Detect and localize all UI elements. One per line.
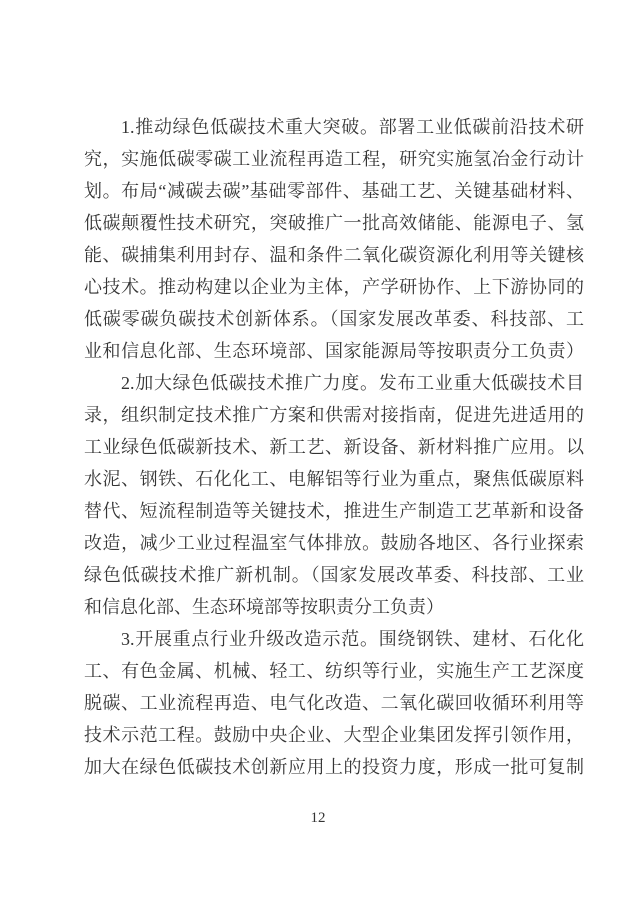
document-body: 1.推动绿色低碳技术重大突破。部署工业低碳前沿技术研究，实施低碳零碳工业流程再造… [84,111,584,783]
paragraph: 1.推动绿色低碳技术重大突破。部署工业低碳前沿技术研究，实施低碳零碳工业流程再造… [84,111,584,367]
text-line: 录，组织制定技术推广方案和供需对接指南，促进先进适用的 [84,399,584,431]
text-line: 心技术。推动构建以企业为主体，产学研协作、上下游协同的 [84,271,584,303]
text-line: 业和信息化部、生态环境部、国家能源局等按职责分工负责） [84,335,584,367]
text-line: 加大在绿色低碳技术创新应用上的投资力度，形成一批可复制 [84,751,584,783]
text-line: 替代、短流程制造等关键技术，推进生产制造工艺革新和设备 [84,495,584,527]
text-line: 工、有色金属、机械、轻工、纺织等行业，实施生产工艺深度 [84,655,584,687]
text-line: 1.推动绿色低碳技术重大突破。部署工业低碳前沿技术研 [84,111,584,143]
text-line: 和信息化部、生态环境部等按职责分工负责） [84,591,584,623]
text-line: 绿色低碳技术推广新机制。（国家发展改革委、科技部、工业 [84,559,584,591]
text-line: 脱碳、工业流程再造、电气化改造、二氧化碳回收循环利用等 [84,687,584,719]
paragraph: 3.开展重点行业升级改造示范。围绕钢铁、建材、石化化工、有色金属、机械、轻工、纺… [84,623,584,783]
text-line: 低碳零碳负碳技术创新体系。（国家发展改革委、科技部、工 [84,303,584,335]
text-line: 3.开展重点行业升级改造示范。围绕钢铁、建材、石化化 [84,623,584,655]
text-line: 改造，减少工业过程温室气体排放。鼓励各地区、各行业探索 [84,527,584,559]
text-line: 能、碳捕集利用封存、温和条件二氧化碳资源化利用等关键核 [84,239,584,271]
page-number: 12 [0,806,636,830]
text-line: 技术示范工程。鼓励中央企业、大型企业集团发挥引领作用， [84,719,584,751]
document-page: 1.推动绿色低碳技术重大突破。部署工业低碳前沿技术研究，实施低碳零碳工业流程再造… [0,0,640,905]
text-line: 划。布局“减碳去碳”基础零部件、基础工艺、关键基础材料、 [84,175,584,207]
text-line: 低碳颠覆性技术研究，突破推广一批高效储能、能源电子、氢 [84,207,584,239]
text-line: 水泥、钢铁、石化化工、电解铝等行业为重点，聚焦低碳原料 [84,463,584,495]
text-line: 2.加大绿色低碳技术推广力度。发布工业重大低碳技术目 [84,367,584,399]
text-line: 究，实施低碳零碳工业流程再造工程，研究实施氢冶金行动计 [84,143,584,175]
paragraph: 2.加大绿色低碳技术推广力度。发布工业重大低碳技术目录，组织制定技术推广方案和供… [84,367,584,623]
text-line: 工业绿色低碳新技术、新工艺、新设备、新材料推广应用。以 [84,431,584,463]
